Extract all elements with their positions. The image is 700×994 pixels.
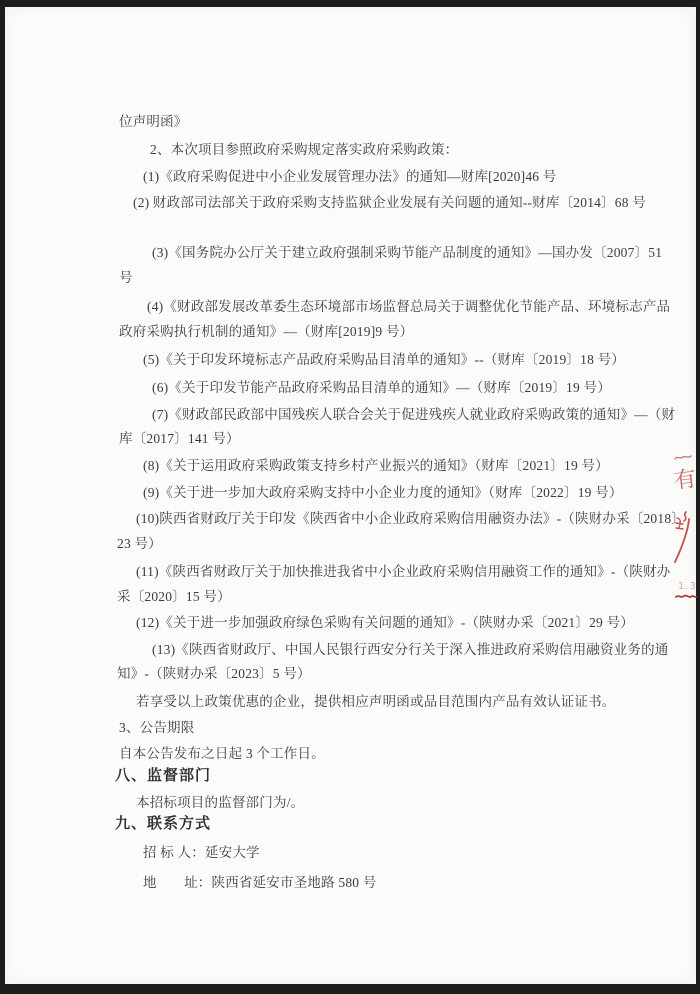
policy-item-11-cont: 采〔2020〕15 号） [117,588,231,605]
para-policy-intro: 2、本次项目参照政府采购规定落实政府采购政策： [150,141,458,158]
policy-item-3: (3)《国务院办公厅关于建立政府强制采购节能产品制度的通知》—国办发〔2007〕… [152,244,662,261]
policy-item-13: (13)《陕西省财政厅、中国人民银行西安分行关于深入推进政府采购信用融资业务的通 [152,641,669,658]
policy-item-7: (7)《财政部民政部中国残疾人联合会关于促进残疾人就业政府采购政策的通知》—（财 [152,406,675,423]
policy-item-7-cont: 库〔2017〕141 号） [119,430,240,447]
red-margin-number: 1.3 [678,581,697,592]
para-supervision-department-value: 本招标项目的监督部门为/。 [136,794,304,811]
red-handwritten-character: 有 [672,462,698,495]
red-handwritten-stroke-mark [671,509,697,565]
policy-item-3-cont: 号 [119,269,133,286]
heading-supervision-department: 八、监督部门 [115,768,211,785]
line-tenderer-address: 地 址：陕西省延安市圣地路 580 号 [143,874,377,891]
policy-item-11: (11)《陕西省财政厅关于加快推进我省中小企业政府采购信用融资工作的通知》-（陕… [136,563,670,580]
policy-item-4-cont: 政府采购执行机制的通知》—（财库[2019]9 号） [119,323,413,340]
policy-item-8: (8)《关于运用政府采购政策支持乡村产业振兴的通知》（财库〔2021〕19 号） [143,457,609,474]
line-tenderer-name: 招 标 人：延安大学 [143,844,260,861]
red-underline-squiggle [675,593,697,601]
policy-item-10: (10)陕西省财政厅关于印发《陕西省中小企业政府采购信用融资办法》-（陕财办采〔… [136,510,685,527]
policy-item-13-cont: 知》-（陕财办采〔2023〕5 号） [117,665,311,682]
para-announcement-period-value: 自本公告发布之日起 3 个工作日。 [119,745,325,762]
para-announcement-period-label: 3、公告期限 [119,719,194,736]
policy-item-5: (5)《关于印发环境标志产品政府采购品目清单的通知》--（财库〔2019〕18 … [143,351,625,368]
para-policy-cert-note: 若享受以上政策优惠的企业，提供相应声明函或品目范围内产品有效认证证书。 [136,693,616,710]
document-page: 位声明函》 2、本次项目参照政府采购规定落实政府采购政策： (1)《政府采购促进… [5,7,696,984]
policy-item-12: (12)《关于进一步加强政府绿色采购有关问题的通知》-（陕财办采〔2021〕29… [136,614,634,631]
continuation-line-declaration: 位声明函》 [119,113,188,130]
heading-contact-info: 九、联系方式 [115,816,211,833]
policy-item-6: (6)《关于印发节能产品政府采购品目清单的通知》—（财库〔2019〕19 号） [152,379,611,396]
policy-item-4: (4)《财政部发展改革委生态环境部市场监督总局关于调整优化节能产品、环境标志产品 [147,298,670,315]
policy-item-10-cont: 23 号） [117,535,162,552]
policy-item-2: (2) 财政部司法部关于政府采购支持监狱企业发展有关问题的通知--财库〔2014… [133,194,646,211]
policy-item-9: (9)《关于进一步加大政府采购支持中小企业力度的通知》（财库〔2022〕19 号… [143,484,623,501]
scanned-document: 位声明函》 2、本次项目参照政府采购规定落实政府采购政策： (1)《政府采购促进… [0,0,700,994]
policy-item-1: (1)《政府采购促进中小企业发展管理办法》的通知—财库[2020]46 号 [143,168,557,185]
